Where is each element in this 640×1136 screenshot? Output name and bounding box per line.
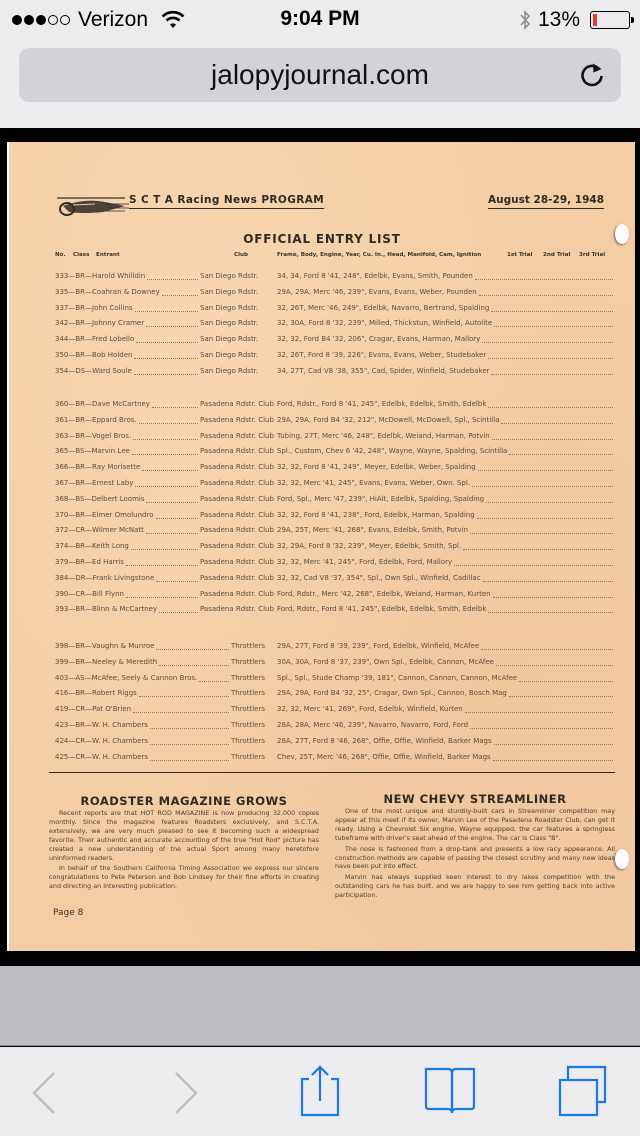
page-number: Page 8 xyxy=(53,908,83,918)
entry-club: Pasadena Rdstr. Club xyxy=(200,574,274,582)
article-title-roadster-magazine: ROADSTER MAGAZINE GROWS xyxy=(49,794,319,808)
col-head-trial-3: 3rd Trial xyxy=(579,252,605,258)
dot-leader xyxy=(126,597,198,598)
dot-leader xyxy=(159,612,198,613)
entry-specs: 32, 26T, Ford 8 '39, 226", Evans, Evans,… xyxy=(277,351,486,359)
entry-specs: 32, 32, Ford 8 '41, 249", Meyer, Edelbk,… xyxy=(277,463,476,471)
col-head-trial-1: 1st Trial xyxy=(507,252,532,258)
entry-specs: 32, 32, Merc '41, 269", Ford, Edelbk, Wi… xyxy=(277,705,463,713)
article-body-chevy-streamliner: One of the most unique and sturdily-buil… xyxy=(335,807,615,902)
dot-leader xyxy=(156,649,229,650)
entry-club: Pasadena Rdstr. Club xyxy=(200,432,274,440)
entry-specs: 32, 30A, Ford 8 '32, 239", Milled, Thick… xyxy=(277,319,492,327)
address-bar[interactable]: jalopyjournal.com xyxy=(19,48,621,102)
entry-club: San Diego Rdstr. xyxy=(200,351,258,359)
dot-leader xyxy=(135,311,198,312)
entry-specs: 32, 32, Merc '41, 245", Ford, Edelbk, Fo… xyxy=(277,558,452,566)
entry-club: Pasadena Rdstr. Club xyxy=(200,605,274,613)
entry-row: 374—BR—Keith LongPasadena Rdstr. Club32,… xyxy=(55,542,615,556)
share-icon[interactable] xyxy=(294,1065,346,1117)
entry-specs: Ford, Rdstr., Ford 8 '41, 245", Edelbk, … xyxy=(277,400,486,408)
entry-number-class-entrant: 367—BR—Ernest Laby xyxy=(55,479,133,487)
col-head-no: No. xyxy=(55,252,66,258)
entry-specs: 32, 29A, Ford 8 '32, 239", Meyer, Edelbk… xyxy=(277,542,461,550)
dot-leader xyxy=(478,470,613,471)
dot-leader xyxy=(501,423,613,424)
dot-leader xyxy=(494,326,613,327)
dot-leader xyxy=(133,439,198,440)
entry-specs: Spl., Spl., Stude Champ '39, 181", Canno… xyxy=(277,674,517,682)
back-button[interactable] xyxy=(22,1065,74,1117)
entry-number-class-entrant: 399—BR—Neeley & Meredith xyxy=(55,658,157,666)
entry-specs: 29A, 25T, Merc '41, 268", Evans, Edelbk,… xyxy=(277,526,468,534)
entry-number-class-entrant: 350—BR—Bob Holden xyxy=(55,351,132,359)
dot-leader xyxy=(152,407,198,408)
url-domain[interactable]: jalopyjournal.com xyxy=(19,59,621,91)
entry-number-class-entrant: 335—BR—Coahran & Downey xyxy=(55,288,160,296)
entry-row: 390—CR—Bill FlynnPasadena Rdstr. ClubFor… xyxy=(55,590,615,604)
entry-specs: 32, 32, Ford B4 '32, 206", Cragar, Evans… xyxy=(277,335,480,343)
dot-leader xyxy=(126,565,198,566)
dot-leader xyxy=(483,581,613,582)
entry-club: Throttlers xyxy=(231,658,265,666)
entry-club: Pasadena Rdstr. Club xyxy=(200,511,274,519)
entry-row: 403—AS—McAfee, Seely & Cannon Bros.Throt… xyxy=(55,674,615,688)
dot-leader xyxy=(134,358,198,359)
entry-specs: 29A, 29A, Ford B4 '32, 212", McDowell, M… xyxy=(277,416,499,424)
race-car-logo-icon xyxy=(55,190,131,218)
dot-leader xyxy=(481,649,613,650)
dot-leader xyxy=(470,728,613,729)
dot-leader xyxy=(509,696,613,697)
entry-row: 367—BR—Ernest LabyPasadena Rdstr. Club32… xyxy=(55,479,615,493)
entry-number-class-entrant: 379—BR—Ed Harris xyxy=(55,558,124,566)
page-overscroll-area xyxy=(0,966,640,1046)
article-paragraph: In behalf of the Southern California Tim… xyxy=(49,864,319,891)
browser-top-chrome: Verizon 9:04 PM 13% jalopyjournal.com xyxy=(0,0,640,128)
entry-number-class-entrant: 333—BR—Harold Whilldin xyxy=(55,272,145,280)
dot-leader xyxy=(134,374,198,375)
article-paragraph: Marvin has always supplied keen interest… xyxy=(335,873,615,900)
dot-leader xyxy=(147,279,198,280)
dot-leader xyxy=(136,342,198,343)
bookmarks-icon[interactable] xyxy=(424,1065,476,1117)
entry-club: Throttlers xyxy=(231,689,265,697)
entry-row: 344—BR—Fred LobelloSan Diego Rdstr.32, 3… xyxy=(55,335,615,349)
entry-row: 425—CR—W. H. ChambersThrottlersChev, 25T… xyxy=(55,753,615,767)
entry-row: 363—BR—Vogel Bros.Pasadena Rdstr. ClubTu… xyxy=(55,432,615,446)
article-paragraph: The nose is fashioned from a drop-tank a… xyxy=(335,845,615,872)
entry-row: 393—BR—Blinn & McCartneyPasadena Rdstr. … xyxy=(55,605,615,619)
entry-row: 354—DS—Ward SouleSan Diego Rdstr.34, 27T… xyxy=(55,367,615,381)
entry-number-class-entrant: 344—BR—Fred Lobello xyxy=(55,335,134,343)
article-paragraph: Recent reports are that HOT ROD MAGAZINE… xyxy=(49,809,319,862)
dot-leader xyxy=(146,502,198,503)
entry-club: Throttlers xyxy=(231,642,265,650)
dot-leader xyxy=(488,612,613,613)
dot-leader xyxy=(493,760,613,761)
entry-row: 342—BR—Johnny CramerSan Diego Rdstr.32, … xyxy=(55,319,615,333)
entry-club: San Diego Rdstr. xyxy=(200,367,258,375)
entry-number-class-entrant: 398—BR—Vaughn & Munroe xyxy=(55,642,154,650)
col-head-club: Club xyxy=(234,252,248,258)
entry-number-class-entrant: 368—BS—Delbert Loomis xyxy=(55,495,144,503)
entry-club: San Diego Rdstr. xyxy=(200,335,258,343)
forward-button[interactable] xyxy=(158,1065,210,1117)
entry-club: Throttlers xyxy=(231,753,265,761)
dot-leader xyxy=(491,311,613,312)
dot-leader xyxy=(199,681,229,682)
entry-club: Pasadena Rdstr. Club xyxy=(200,463,274,471)
dot-leader xyxy=(150,760,229,761)
entry-club: Throttlers xyxy=(231,737,265,745)
entry-row: 424—CR—W. H. ChambersThrottlers28A, 27T,… xyxy=(55,737,615,751)
entry-club: Throttlers xyxy=(231,721,265,729)
share-button[interactable] xyxy=(294,1065,346,1117)
entry-club: San Diego Rdstr. xyxy=(200,272,258,280)
entry-number-class-entrant: 384—DR—Frank Livingstone xyxy=(55,574,154,582)
entry-club: San Diego Rdstr. xyxy=(200,304,258,312)
entry-list-title: OFFICIAL ENTRY LIST xyxy=(9,232,635,246)
tabs-icon[interactable] xyxy=(556,1065,608,1117)
program-header-date: August 28-29, 1948 xyxy=(488,194,604,209)
article-paragraph: One of the most unique and sturdily-buil… xyxy=(335,807,615,843)
entry-number-class-entrant: 374—BR—Keith Long xyxy=(55,542,129,550)
entry-number-class-entrant: 370—BR—Elmer Omolundro xyxy=(55,511,154,519)
dot-leader xyxy=(131,549,198,550)
battery-percent: 13% xyxy=(538,8,580,32)
entry-specs: 34, 27T, Cad V8 '38, 355", Cad, Spider, … xyxy=(277,367,489,375)
entry-specs: 30A, 30A, Ford 8 '37, 239", Own Spl., Ed… xyxy=(277,658,494,666)
entry-club: Pasadena Rdstr. Club xyxy=(200,542,274,550)
entry-number-class-entrant: 424—CR—W. H. Chambers xyxy=(55,737,148,745)
dot-leader xyxy=(519,681,613,682)
bluetooth-icon xyxy=(518,9,532,31)
dot-leader xyxy=(494,744,613,745)
reload-icon[interactable] xyxy=(577,60,607,90)
dot-leader xyxy=(509,454,613,455)
entry-number-class-entrant: 361—BR—Eppard Bros. xyxy=(55,416,137,424)
entry-club: Pasadena Rdstr. Club xyxy=(200,479,274,487)
entry-specs: Spl., Custom, Chev 6 '42, 248", Wayne, W… xyxy=(277,447,507,455)
entry-specs: 32, 32, Cad V8 '37, 354", Spl., Own Spl.… xyxy=(277,574,481,582)
battery-fill xyxy=(593,14,597,26)
dot-leader xyxy=(454,565,613,566)
entry-specs: 28A, 28A, Merc '46, 239", Navarro, Navar… xyxy=(277,721,468,729)
entry-specs: 28A, 27T, Ford 8 '46, 268", Offie, Offie… xyxy=(277,737,492,745)
entry-specs: 34, 34, Ford 8 '41, 248", Edelbk, Evans,… xyxy=(277,272,473,280)
dot-leader xyxy=(150,728,229,729)
entry-club: Throttlers xyxy=(231,674,265,682)
dot-leader xyxy=(475,279,613,280)
entry-number-class-entrant: 416—BR—Robert Riggs xyxy=(55,689,137,697)
dot-leader xyxy=(135,486,198,487)
entry-number-class-entrant: 403—AS—McAfee, Seely & Cannon Bros. xyxy=(55,674,197,682)
browser-toolbar xyxy=(0,1047,640,1136)
entry-club: San Diego Rdstr. xyxy=(200,288,258,296)
section-divider xyxy=(49,772,615,773)
entry-row: 384—DR—Frank LivingstonePasadena Rdstr. … xyxy=(55,574,615,588)
punch-hole xyxy=(615,849,629,869)
entry-specs: Ford, Rdstr., Merc '42, 268", Edelbk, We… xyxy=(277,590,491,598)
dot-leader xyxy=(139,423,198,424)
tabs-button[interactable] xyxy=(556,1065,608,1117)
entry-specs: 29A, 27T, Ford 8 '39, 239", Ford, Edelbk… xyxy=(277,642,479,650)
entry-club: Pasadena Rdstr. Club xyxy=(200,558,274,566)
entry-number-class-entrant: 360—BR—Dave McCartney xyxy=(55,400,150,408)
dot-leader xyxy=(150,744,229,745)
dot-leader xyxy=(493,597,613,598)
entry-row: 399—BR—Neeley & MeredithThrottlers30A, 3… xyxy=(55,658,615,672)
dot-leader xyxy=(488,358,613,359)
dot-leader xyxy=(482,342,613,343)
dot-leader xyxy=(139,696,229,697)
article-title-chevy-streamliner: NEW CHEVY STREAMLINER xyxy=(335,792,615,806)
scanned-program-page: S C T A Racing News PROGRAM August 28-29… xyxy=(7,142,635,951)
entry-row: 423—BR—W. H. ChambersThrottlers28A, 28A,… xyxy=(55,721,615,735)
entry-row: 333—BR—Harold WhilldinSan Diego Rdstr.34… xyxy=(55,272,615,286)
entry-number-class-entrant: 372—CR—Wilmer McNatt xyxy=(55,526,144,534)
entry-specs: Ford, Rdstr., Ford 8 '41, 245", Edelbk, … xyxy=(277,605,486,613)
entry-specs: Ford, Spl., Merc '47, 239", HiAlt, Edelb… xyxy=(277,495,484,503)
entry-number-class-entrant: 423—BR—W. H. Chambers xyxy=(55,721,148,729)
entry-row: 416—BR—Robert RiggsThrottlers29A, 29A, F… xyxy=(55,689,615,703)
dot-leader xyxy=(142,470,198,471)
entry-club: San Diego Rdstr. xyxy=(200,319,258,327)
entry-specs: 29A, 29A, Merc '46, 239", Evans, Evans, … xyxy=(277,288,477,296)
col-head-class: Class xyxy=(73,252,89,258)
col-head-entrant: Entrant xyxy=(96,252,120,258)
entry-club: Pasadena Rdstr. Club xyxy=(200,526,274,534)
dot-leader xyxy=(132,454,198,455)
forward-icon[interactable] xyxy=(158,1065,210,1117)
status-right: 13% xyxy=(518,8,630,32)
dot-leader xyxy=(488,407,613,408)
entry-club: Pasadena Rdstr. Club xyxy=(200,590,274,598)
bookmarks-button[interactable] xyxy=(424,1065,476,1117)
entry-specs: 32, 26T, Merc '46, 249", Edelbk, Navarro… xyxy=(277,304,489,312)
dot-leader xyxy=(479,295,613,296)
dot-leader xyxy=(162,295,198,296)
entry-row: 370—BR—Elmer OmolundroPasadena Rdstr. Cl… xyxy=(55,511,615,525)
dot-leader xyxy=(470,533,613,534)
entry-specs: Chev, 25T, Merc '46, 268", Offie, Offie,… xyxy=(277,753,491,761)
entry-row: 398—BR—Vaughn & MunroeThrottlers29A, 27T… xyxy=(55,642,615,656)
dot-leader xyxy=(472,486,613,487)
status-bar: Verizon 9:04 PM 13% xyxy=(0,0,640,40)
battery-icon xyxy=(590,11,630,29)
entry-number-class-entrant: 390—CR—Bill Flynn xyxy=(55,590,124,598)
dot-leader xyxy=(465,712,613,713)
program-header-title: S C T A Racing News PROGRAM xyxy=(129,194,324,209)
article-body-roadster-magazine: Recent reports are that HOT ROD MAGAZINE… xyxy=(49,809,319,893)
entry-number-class-entrant: 363—BR—Vogel Bros. xyxy=(55,432,131,440)
entry-row: 360—BR—Dave McCartneyPasadena Rdstr. Clu… xyxy=(55,400,615,414)
entry-row: 366—BR—Ray MorisettePasadena Rdstr. Club… xyxy=(55,463,615,477)
col-head-trial-2: 2nd Trial xyxy=(543,252,570,258)
dot-leader xyxy=(146,326,198,327)
entry-club: Pasadena Rdstr. Club xyxy=(200,495,274,503)
entry-row: 350—BR—Bob HoldenSan Diego Rdstr.32, 26T… xyxy=(55,351,615,365)
entry-row: 368—BS—Delbert LoomisPasadena Rdstr. Clu… xyxy=(55,495,615,509)
entry-club: Throttlers xyxy=(231,705,265,713)
entry-number-class-entrant: 337—BR—John Collins xyxy=(55,304,133,312)
entry-specs: 32, 32, Merc '41, 245", Evans, Evans, We… xyxy=(277,479,470,487)
web-content[interactable]: S C T A Racing News PROGRAM August 28-29… xyxy=(0,128,640,966)
entry-number-class-entrant: 393—BR—Blinn & McCartney xyxy=(55,605,157,613)
dot-leader xyxy=(156,518,198,519)
entry-specs: 32, 32, Ford 8 '41, 238", Ford, Edelbk, … xyxy=(277,511,475,519)
entry-row: 379—BR—Ed HarrisPasadena Rdstr. Club32, … xyxy=(55,558,615,572)
dot-leader xyxy=(486,502,613,503)
entry-row: 337—BR—John CollinsSan Diego Rdstr.32, 2… xyxy=(55,304,615,318)
entry-specs: 29A, 29A, Ford B4 '32, 25", Cragar, Own … xyxy=(277,689,507,697)
col-head-specs: Frame, Body, Engine, Year, Cu. In., Head… xyxy=(277,252,481,258)
entry-number-class-entrant: 354—DS—Ward Soule xyxy=(55,367,132,375)
entry-number-class-entrant: 419—CR—Pat O'Brien xyxy=(55,705,131,713)
back-icon[interactable] xyxy=(22,1065,74,1117)
entry-club: Pasadena Rdstr. Club xyxy=(200,400,274,408)
entry-specs: Tubing, 27T, Merc '46, 248", Edelbk, Wei… xyxy=(277,432,490,440)
dot-leader xyxy=(463,549,613,550)
entry-number-class-entrant: 366—BR—Ray Morisette xyxy=(55,463,140,471)
dot-leader xyxy=(477,518,613,519)
dot-leader xyxy=(496,665,613,666)
entry-number-class-entrant: 425—CR—W. H. Chambers xyxy=(55,753,148,761)
entry-number-class-entrant: 365—BS—Marvin Lee xyxy=(55,447,130,455)
dot-leader xyxy=(146,533,198,534)
dot-leader xyxy=(159,665,229,666)
entry-number-class-entrant: 342—BR—Johnny Cramer xyxy=(55,319,144,327)
entry-club: Pasadena Rdstr. Club xyxy=(200,416,274,424)
dot-leader xyxy=(492,439,613,440)
entry-row: 365—BS—Marvin LeePasadena Rdstr. ClubSpl… xyxy=(55,447,615,461)
dot-leader xyxy=(491,374,613,375)
entry-row: 419—CR—Pat O'BrienThrottlers32, 32, Merc… xyxy=(55,705,615,719)
entry-row: 372—CR—Wilmer McNattPasadena Rdstr. Club… xyxy=(55,526,615,540)
entry-row: 335—BR—Coahran & DowneySan Diego Rdstr.2… xyxy=(55,288,615,302)
battery-nub xyxy=(631,17,634,23)
entry-row: 361—BR—Eppard Bros.Pasadena Rdstr. Club2… xyxy=(55,416,615,430)
entry-club: Pasadena Rdstr. Club xyxy=(200,447,274,455)
dot-leader xyxy=(156,581,198,582)
dot-leader xyxy=(133,712,229,713)
